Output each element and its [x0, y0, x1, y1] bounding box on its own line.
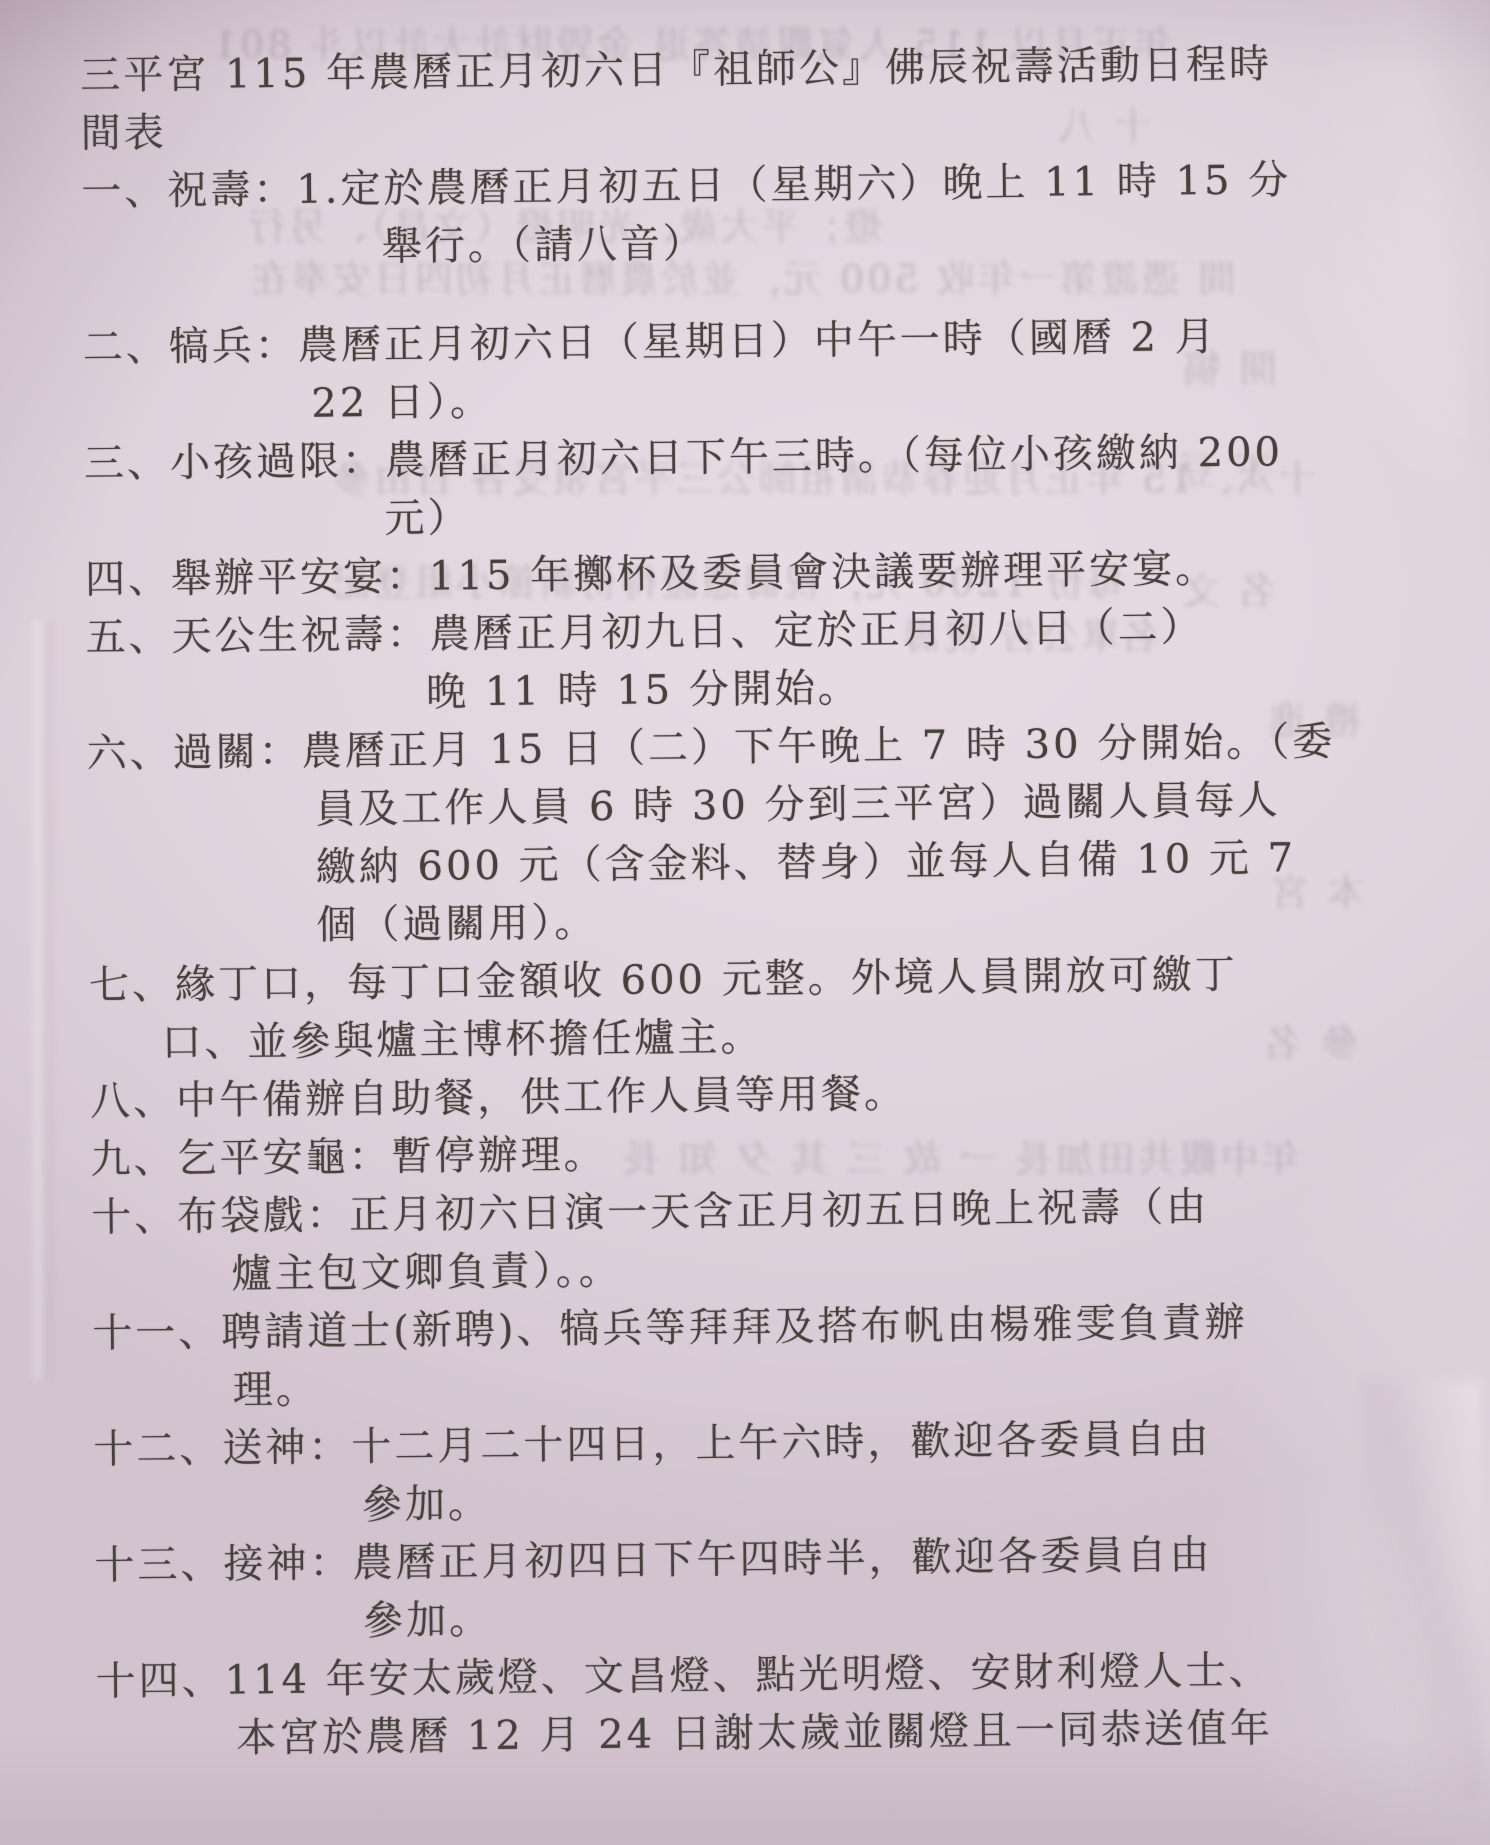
document-photo: 年正月以 115 人氣觀請答退 金毀財計大計以斗 801十 八燈；平大歲、光明燈…	[0, 0, 1490, 1845]
document-text-layer: 三平宮 115 年農曆正月初六日『祖師公』佛辰祝壽活動日程時間表一、祝壽：1.定…	[0, 0, 1490, 1770]
document-lines: 三平宮 115 年農曆正月初六日『祖師公』佛辰祝壽活動日程時間表一、祝壽：1.定…	[80, 33, 1490, 1768]
document-line: 本宮於農曆 12 月 24 日謝太歲並關燈且一同恭送值年	[96, 1697, 1490, 1768]
